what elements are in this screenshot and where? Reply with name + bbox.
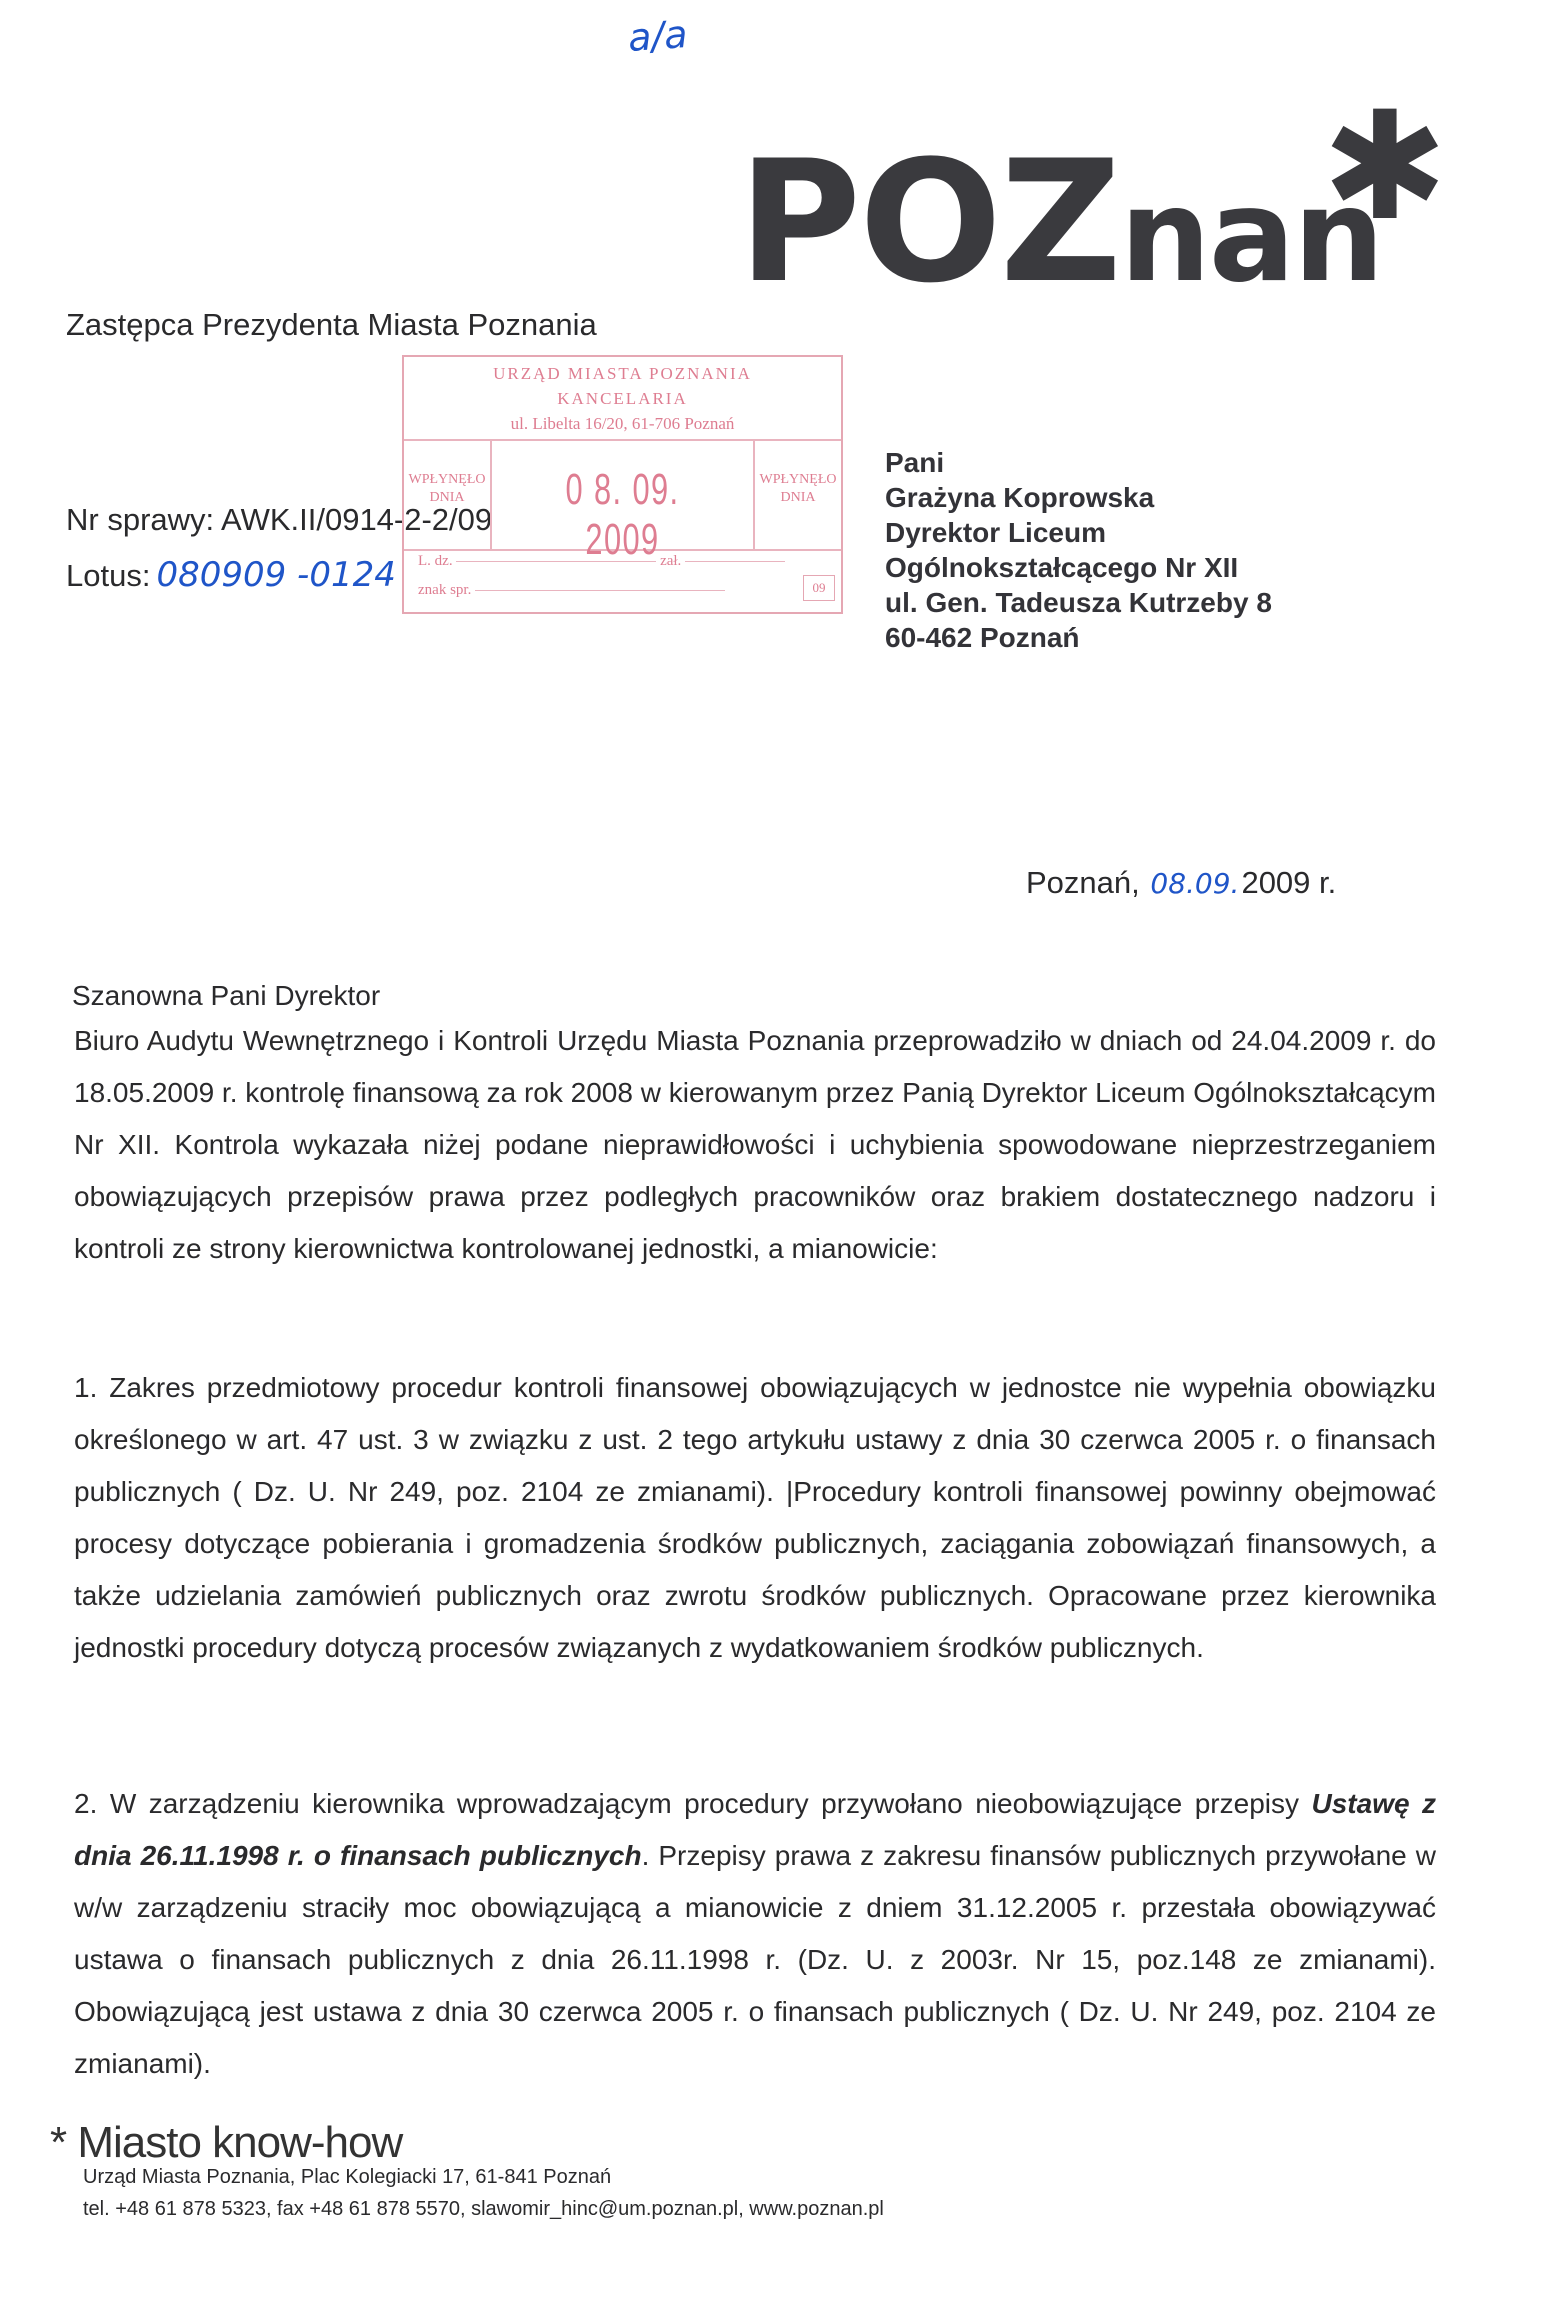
stamp-header: URZĄD MIASTA POZNANIA KANCELARIA ul. Lib… (404, 361, 841, 436)
footer-address: Urząd Miasta Poznania, Plac Kolegiacki 1… (83, 2166, 611, 2189)
lotus-number: Lotus:080909 -0124 (66, 555, 396, 595)
handwritten-initials: a/a (627, 12, 689, 60)
case-label: Nr sprawy: (66, 502, 214, 537)
sender-title: Zastępca Prezydenta Miasta Poznania (66, 307, 597, 343)
stamp-sign-row: znak spr. (418, 582, 827, 599)
day-label: DNIA (404, 489, 490, 507)
addressee-line: Grażyna Koprowska (885, 480, 1272, 515)
stamp-line-1: URZĄD MIASTA POZNANIA (404, 361, 841, 386)
intro-paragraph: Biuro Audytu Wewnętrznego i Kontroli Urz… (74, 1015, 1436, 1275)
finding-2-start: 2. W zarządzeniu kierownika wprowadzając… (74, 1788, 1311, 1819)
stamp-line-3: ul. Libelta 16/20, 61-706 Poznań (404, 411, 841, 436)
finding-1: 1. Zakres przedmiotowy procedur kontroli… (74, 1362, 1436, 1674)
salutation: Szanowna Pani Dyrektor (72, 980, 380, 1012)
footer-contact: tel. +48 61 878 5323, fax +48 61 878 557… (83, 2198, 884, 2221)
sign-line (475, 590, 725, 591)
addressee-line: ul. Gen. Tadeusza Kutrzeby 8 (885, 585, 1272, 620)
footer-slogan: * Miasto know-how (50, 2118, 402, 2168)
poznan-logo: POZnan (738, 138, 1382, 306)
ldz-line (456, 561, 656, 562)
stamp-received-right: WPŁYNĘŁO DNIA (753, 441, 841, 549)
addressee-line: Pani (885, 445, 1272, 480)
stamp-date: 0 8. 09. 2009 (533, 465, 713, 565)
stamp-box: 09 (803, 575, 835, 601)
addressee-line: 60-462 Poznań (885, 620, 1272, 655)
stamp-ldz-row: L. dz. zał. (418, 553, 827, 570)
received-label: WPŁYNĘŁO (404, 471, 490, 489)
zal-label: zał. (660, 553, 681, 569)
addressee-block: Pani Grażyna Koprowska Dyrektor Liceum O… (885, 445, 1272, 655)
lotus-label: Lotus: (66, 558, 150, 593)
place: Poznań, (1026, 865, 1140, 900)
logo-upper: POZ (738, 124, 1120, 320)
stamp-line-2: KANCELARIA (404, 386, 841, 411)
handwritten-date: 08.09. (1150, 867, 1239, 900)
finding-2-end: . Przepisy prawa z zakresu finansów publ… (74, 1840, 1436, 2079)
lotus-handwritten: 080909 -0124 (156, 555, 395, 595)
day-label: DNIA (755, 489, 841, 507)
stamp-date-band: WPŁYNĘŁO DNIA 0 8. 09. 2009 WPŁYNĘŁO DNI… (404, 439, 841, 551)
sign-label: znak spr. (418, 582, 471, 598)
finding-2: 2. W zarządzeniu kierownika wprowadzając… (74, 1778, 1436, 2090)
year: 2009 r. (1241, 865, 1336, 900)
registry-stamp: URZĄD MIASTA POZNANIA KANCELARIA ul. Lib… (402, 355, 843, 614)
zal-line (685, 561, 785, 562)
addressee-line: Dyrektor Liceum (885, 515, 1272, 550)
addressee-line: Ogólnokształcącego Nr XII (885, 550, 1272, 585)
received-label: WPŁYNĘŁO (755, 471, 841, 489)
place-date: Poznań, 08.09.2009 r. (1026, 865, 1336, 901)
logo-asterisk-icon: ✱ (1322, 92, 1448, 242)
ldz-label: L. dz. (418, 553, 453, 569)
stamp-received-left: WPŁYNĘŁO DNIA (404, 441, 492, 549)
